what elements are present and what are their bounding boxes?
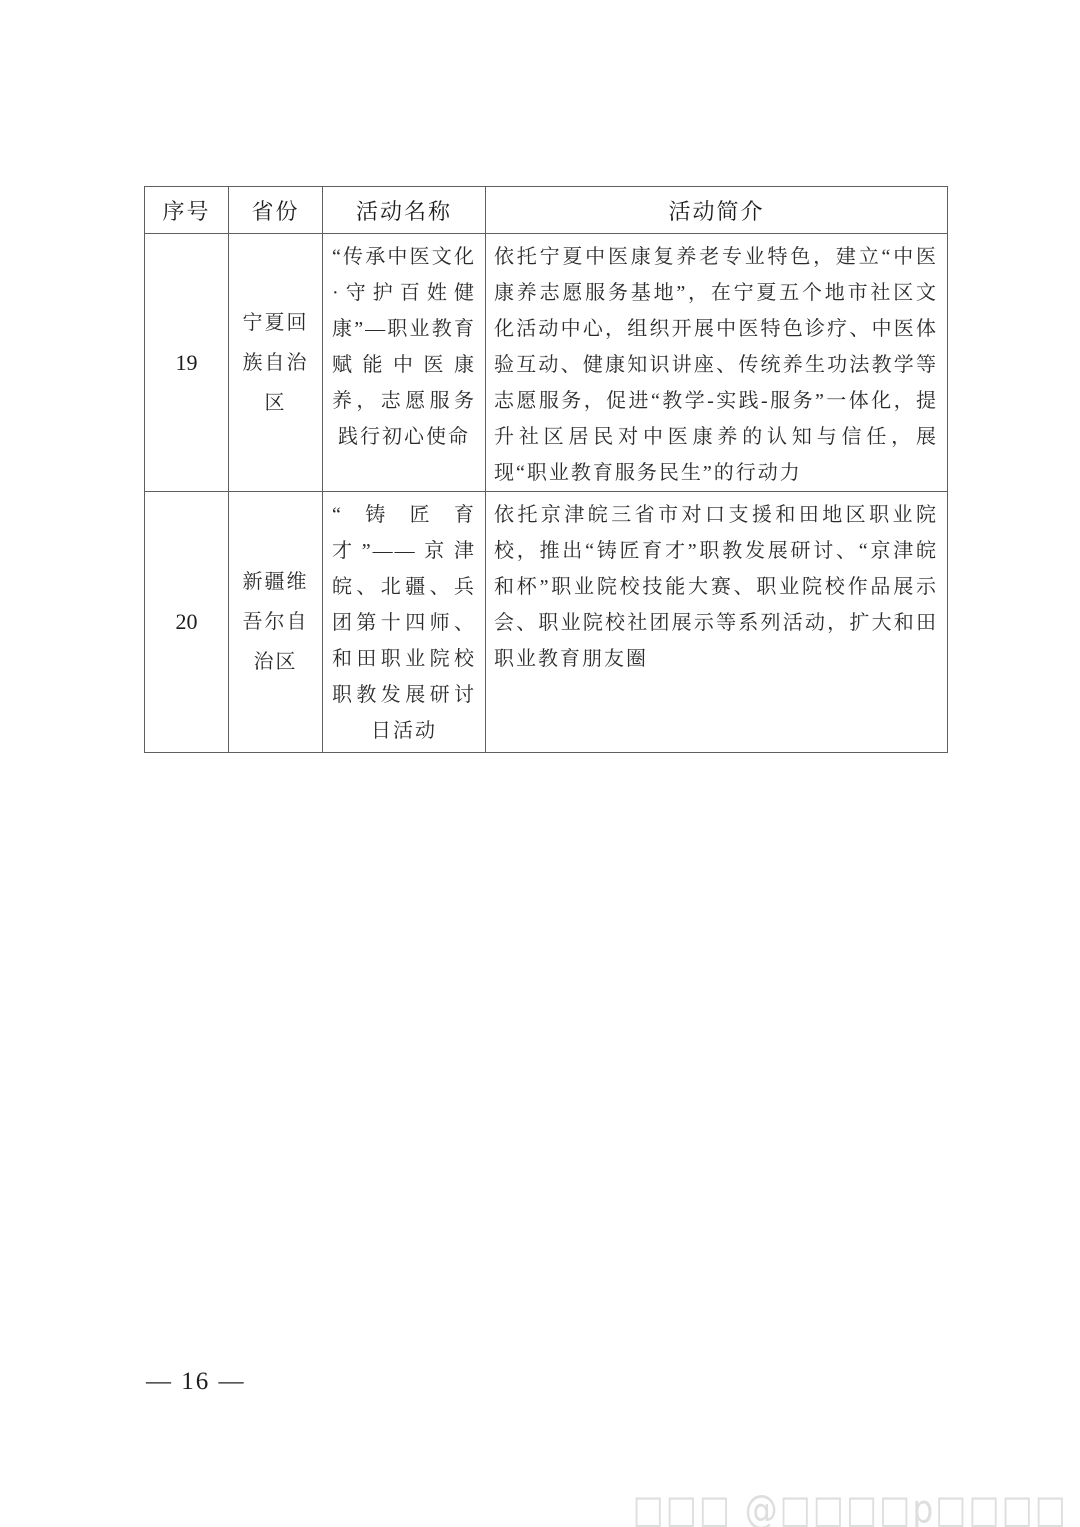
activity-table: 序号 省份 活动名称 活动简介 19 宁夏回族自治区 “传承中医文化·守护百姓健… [144,186,948,753]
cell-name: “铸匠育才”——京津皖、北疆、兵团第十四师、和田职业院校职教发展研讨日活动 [323,492,486,753]
cell-name: “传承中医文化·守护百姓健康”—职业教育赋能中医康养，志愿服务践行初心使命 [323,234,486,492]
cell-intro: 依托宁夏中医康复养老专业特色，建立“中医康养志愿服务基地”，在宁夏五个地市社区文… [486,234,948,492]
header-cell-intro: 活动简介 [486,187,948,234]
cell-no: 20 [145,492,229,753]
table-row: 19 宁夏回族自治区 “传承中医文化·守护百姓健康”—职业教育赋能中医康养，志愿… [145,234,948,492]
cell-no: 19 [145,234,229,492]
watermark-text: □□□ @□□□□p□□□□ [633,1486,1068,1527]
cell-intro: 依托京津皖三省市对口支援和田地区职业院校，推出“铸匠育才”职教发展研讨、“京津皖… [486,492,948,753]
table-row: 20 新疆维吾尔自治区 “铸匠育才”——京津皖、北疆、兵团第十四师、和田职业院校… [145,492,948,753]
cell-province: 宁夏回族自治区 [229,234,323,492]
header-cell-no: 序号 [145,187,229,234]
header-cell-province: 省份 [229,187,323,234]
cell-province: 新疆维吾尔自治区 [229,492,323,753]
table-header-row: 序号 省份 活动名称 活动简介 [145,187,948,234]
page-number: — 16 — [146,1368,246,1396]
header-cell-name: 活动名称 [323,187,486,234]
document-page: 序号 省份 活动名称 活动简介 19 宁夏回族自治区 “传承中医文化·守护百姓健… [0,0,1080,1527]
